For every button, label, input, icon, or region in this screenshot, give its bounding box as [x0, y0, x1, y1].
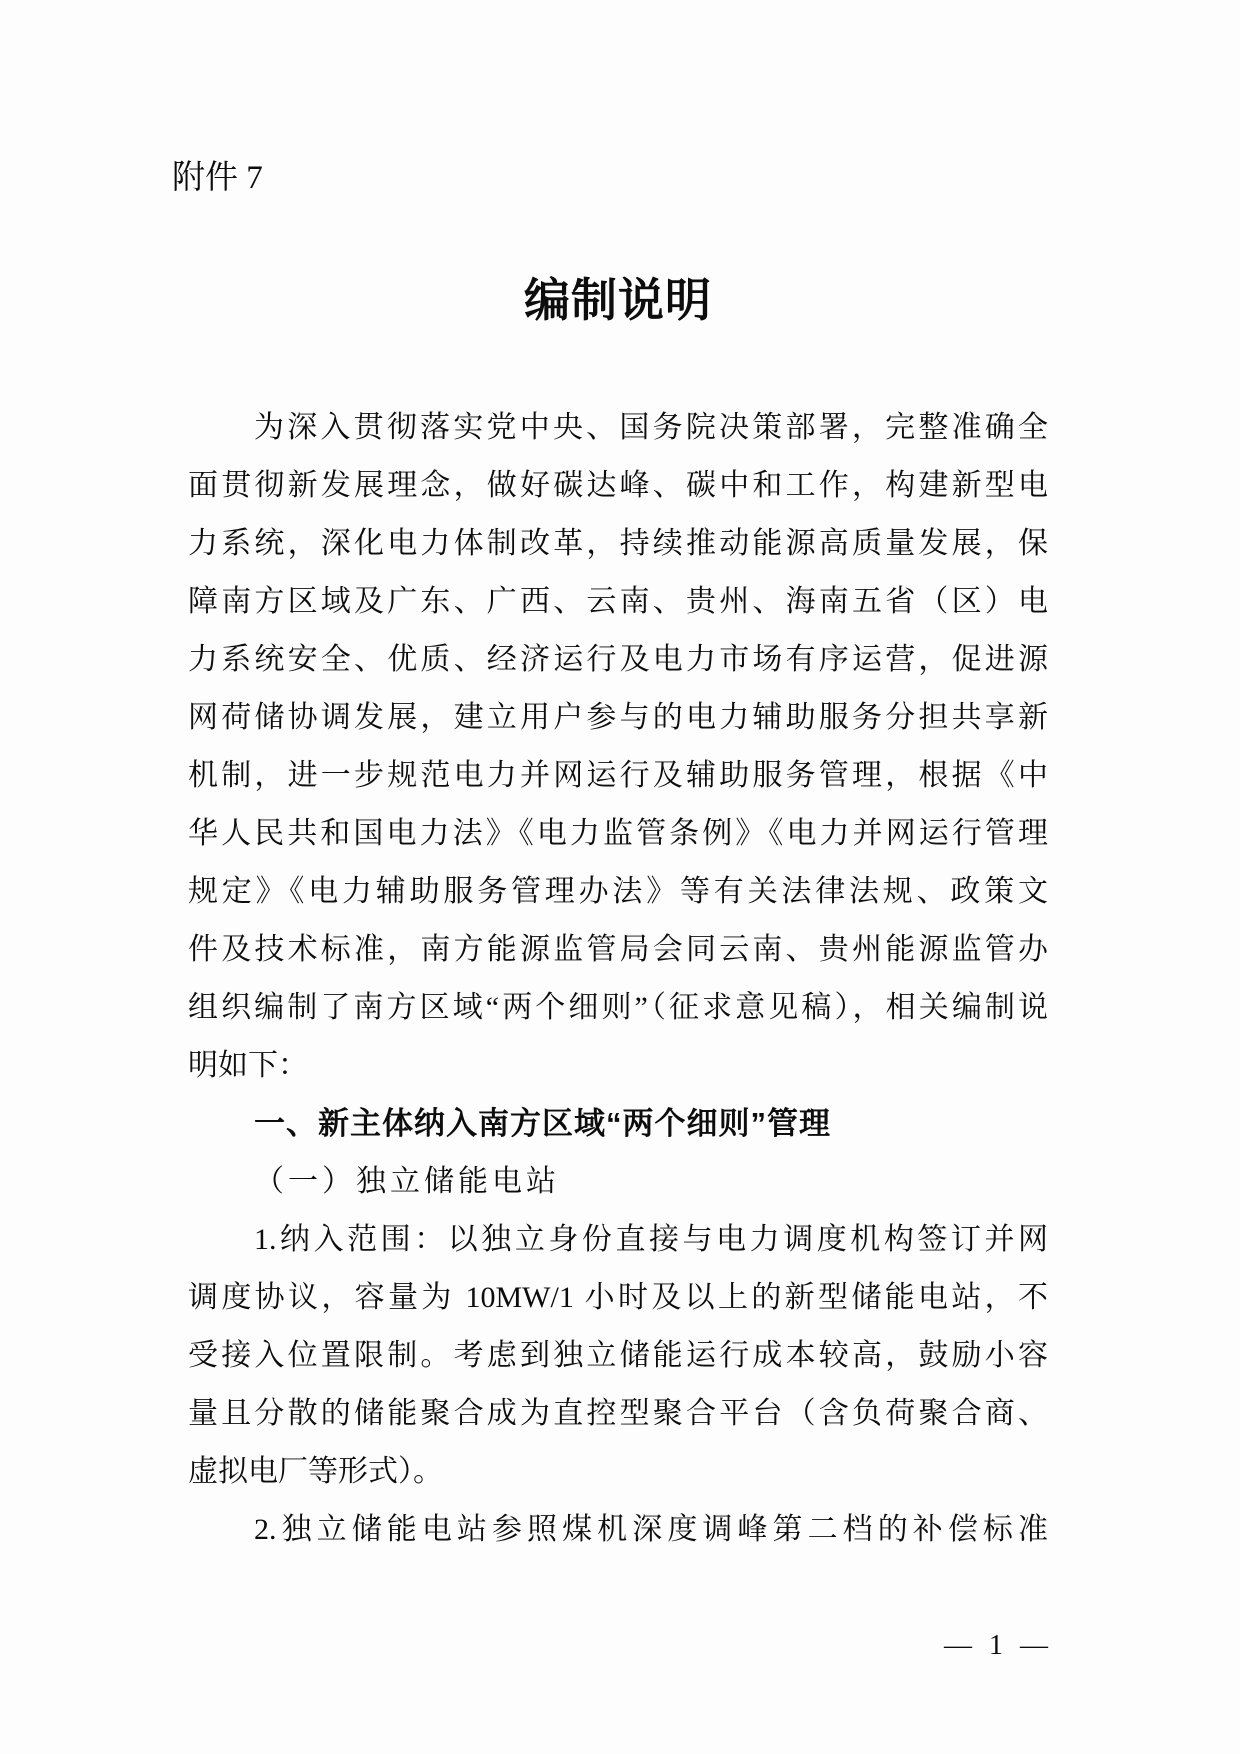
paragraph-1-line-1: 为深入贯彻落实党中央、国务院决策部署，完整准确全 [188, 399, 1048, 457]
paragraph-2-line-3: 受接入位置限制。考虑到独立储能运行成本较高，鼓励小容 [188, 1327, 1048, 1385]
document-title: 编制说明 [188, 272, 1048, 330]
paragraph-1-line-9: 规定》《电力辅助服务管理办法》等有关法律法规、政策文 [188, 863, 1048, 921]
paragraph-1-line-10: 件及技术标准，南方能源监管局会同云南、贵州能源监管办 [188, 921, 1048, 979]
section-heading-1: 一、新主体纳入南方区域“两个细则”管理 [188, 1095, 1048, 1153]
document-page: 附件 7 编制说明 为深入贯彻落实党中央、国务院决策部署，完整准确全 面贯彻新发… [0, 0, 1240, 1754]
document-body: 为深入贯彻落实党中央、国务院决策部署，完整准确全 面贯彻新发展理念，做好碳达峰、… [188, 399, 1048, 1559]
paragraph-1-line-8: 华人民共和国电力法》《电力监管条例》《电力并网运行管理 [188, 805, 1048, 863]
page-number: — 1 — [944, 1630, 1050, 1662]
paragraph-3-line-1: 2.独立储能电站参照煤机深度调峰第二档的补偿标准 [188, 1501, 1048, 1559]
paragraph-1-line-2: 面贯彻新发展理念，做好碳达峰、碳中和工作，构建新型电 [188, 457, 1048, 515]
attachment-label: 附件 7 [172, 158, 263, 198]
paragraph-1-line-5: 力系统安全、优质、经济运行及电力市场有序运营，促进源 [188, 631, 1048, 689]
paragraph-1-line-7: 机制，进一步规范电力并网运行及辅助服务管理，根据《中 [188, 747, 1048, 805]
paragraph-1-line-12: 明如下： [188, 1037, 1048, 1095]
paragraph-2-line-1: 1.纳入范围：以独立身份直接与电力调度机构签订并网 [188, 1211, 1048, 1269]
paragraph-1-line-3: 力系统，深化电力体制改革，持续推动能源高质量发展，保 [188, 515, 1048, 573]
paragraph-2-line-2: 调度协议，容量为 10MW/1 小时及以上的新型储能电站，不 [188, 1269, 1048, 1327]
paragraph-1-line-11: 组织编制了南方区域“两个细则”（征求意见稿），相关编制说 [188, 979, 1048, 1037]
paragraph-2-line-4: 量且分散的储能聚合成为直控型聚合平台（含负荷聚合商、 [188, 1385, 1048, 1443]
paragraph-2-line-5: 虚拟电厂等形式）。 [188, 1443, 1048, 1501]
paragraph-1-line-4: 障南方区域及广东、广西、云南、贵州、海南五省（区）电 [188, 573, 1048, 631]
subsection-heading-1: （一）独立储能电站 [188, 1153, 1048, 1211]
paragraph-1-line-6: 网荷储协调发展，建立用户参与的电力辅助服务分担共享新 [188, 689, 1048, 747]
